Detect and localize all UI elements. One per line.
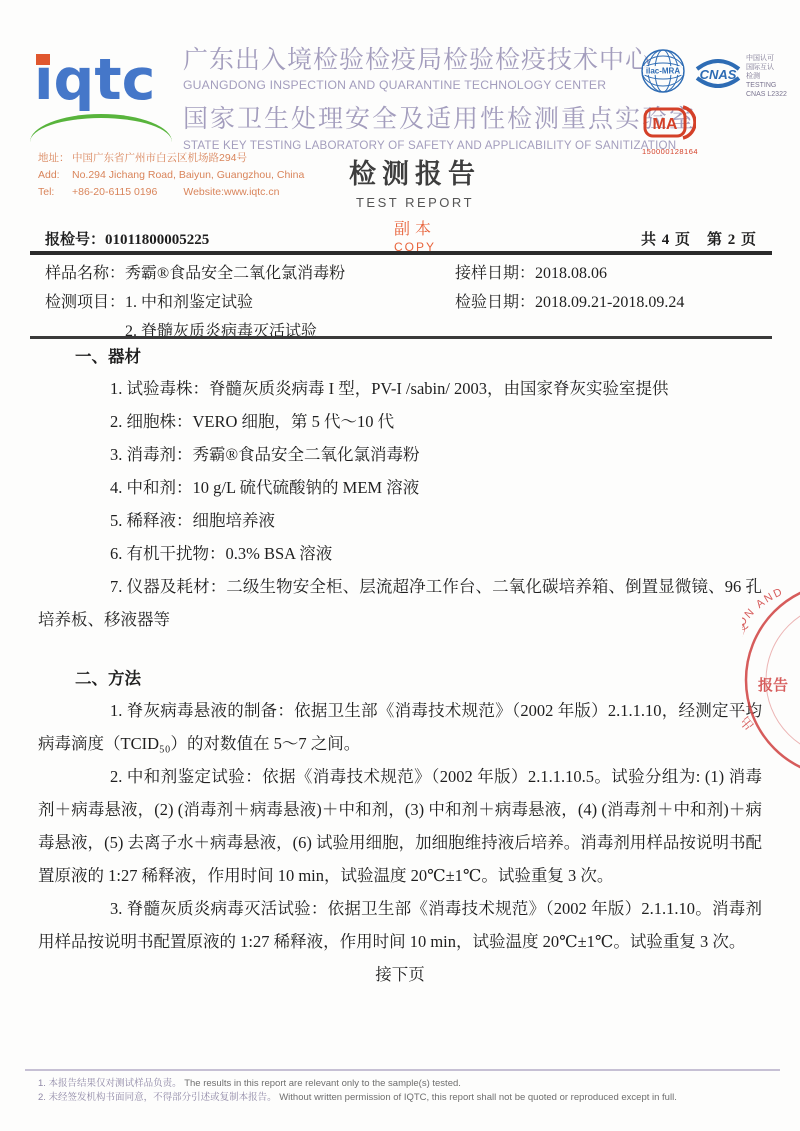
- dates-block: 接样日期：2018.08.06 检验日期：2018.09.21-2018.09.…: [455, 259, 684, 317]
- sample-name-label: 样品名称：: [45, 259, 125, 288]
- cnas-note: 中国认可 国际互认 检测 TESTING CNAS L2322: [746, 54, 787, 99]
- contact-address-cn: 地址：中国广东省广州市白云区机场路294号: [38, 150, 304, 167]
- header-org-block: 广东出入境检验检疫局检验检疫技术中心 GUANGDONG INSPECTION …: [183, 40, 643, 152]
- footer-notes: 1. 本报告结果仅对测试样品负责。 The results in this re…: [38, 1077, 778, 1104]
- report-title-en: TEST REPORT: [300, 195, 530, 210]
- material-item: 4. 中和剂：10 g/L 硫代硫酸钠的 MEM 溶液: [38, 471, 762, 504]
- method-paragraph: 2. 中和剂鉴定试验：依据《消毒技术规范》（2002 年版）2.1.1.10.5…: [38, 760, 762, 892]
- method-paragraph: 1. 脊灰病毒悬液的制备：依据卫生部《消毒技术规范》（2002 年版）2.1.1…: [38, 694, 762, 760]
- method-paragraph: 3. 脊髓灰质炎病毒灭活试验：依据卫生部《消毒技术规范》（2002 年版）2.1…: [38, 892, 762, 958]
- section-heading-methods: 二、方法: [38, 663, 762, 694]
- footer-note-1-cn: 1. 本报告结果仅对测试样品负责。: [38, 1078, 182, 1089]
- footer-note-1-en: The results in this report are relevant …: [184, 1078, 461, 1089]
- ilac-mra-label: ilac-MRA: [646, 67, 680, 76]
- cnas-note-line: 中国认可: [746, 54, 787, 63]
- sample-info-block: 样品名称： 秀霸®食品安全二氧化氯消毒粉 检测项目： 1. 中和剂鉴定试验 2.…: [45, 259, 757, 346]
- seal-center-text: 报告: [758, 676, 788, 694]
- cma-badge: MA 150000128164: [642, 104, 796, 156]
- address-value-en: No.294 Jichang Road, Baiyun, Guangzhou, …: [72, 169, 304, 181]
- tested-date-label: 检验日期：: [455, 294, 535, 311]
- iqtc-logo: iqtc: [34, 52, 174, 144]
- received-date-value: 2018.08.06: [535, 265, 607, 282]
- official-seal-partial: ON AND 出入境检验检疫 报告: [742, 578, 800, 783]
- footer-divider: [25, 1069, 780, 1071]
- page-count: 共 4 页 第 2 页: [641, 228, 757, 249]
- test-report-page: iqtc 广东出入境检验检疫局检验检疫技术中心 GUANGDONG INSPEC…: [0, 0, 800, 1131]
- cma-number: 150000128164: [642, 147, 796, 156]
- material-item: 5. 稀释液：细胞培养液: [38, 504, 762, 537]
- contact-address-en: Add:No.294 Jichang Road, Baiyun, Guangzh…: [38, 167, 304, 184]
- address-label-en: Add:: [38, 167, 72, 184]
- report-title-cn: 检测报告: [300, 152, 530, 191]
- cnas-label: CNAS: [700, 67, 737, 82]
- material-item: 3. 消毒剂：秀霸®食品安全二氧化氯消毒粉: [38, 438, 762, 471]
- org-name-cn: 广东出入境检验检疫局检验检疫技术中心: [183, 40, 643, 76]
- cma-label: MA: [653, 116, 678, 133]
- cnas-note-line: TESTING: [746, 81, 787, 90]
- cnas-note-line: 检测: [746, 72, 787, 81]
- sample-name-value: 秀霸®食品安全二氧化氯消毒粉: [125, 259, 345, 288]
- svg-text:出入境检验检疫: 出入境检验检疫: [742, 616, 757, 733]
- test-item-1: 1. 中和剂鉴定试验: [125, 288, 317, 317]
- footer-note-1: 1. 本报告结果仅对测试样品负责。 The results in this re…: [38, 1077, 778, 1091]
- footer-note-2: 2. 未经签发机构书面同意，不得部分引述或复制本报告。 Without writ…: [38, 1091, 778, 1105]
- cnas-note-line: 国际互认: [746, 63, 787, 72]
- lab-name-cn: 国家卫生处理安全及适用性检测重点实验室: [183, 99, 643, 135]
- address-label-cn: 地址：: [38, 150, 72, 167]
- section-heading-materials: 一、器材: [38, 341, 762, 372]
- address-value-cn: 中国广东省广州市白云区机场路294号: [72, 152, 247, 164]
- footer-note-2-en: Without written permission of IQTC, this…: [279, 1092, 677, 1103]
- continued-next-page: 接下页: [38, 958, 762, 991]
- contact-block: 地址：中国广东省广州市白云区机场路294号 Add:No.294 Jichang…: [38, 150, 304, 201]
- cnas-note-line: CNAS L2322: [746, 90, 787, 99]
- report-number-value: 01011800005225: [105, 232, 209, 248]
- seal-arc-text-cn: 出入境检验检疫: [742, 616, 757, 733]
- cnas-logo-icon: CNAS: [694, 56, 742, 95]
- ilac-mra-globe-icon: ilac-MRA: [640, 48, 686, 99]
- contact-tel-website: Tel:+86-20-6115 0196Website:www.iqtc.cn: [38, 184, 304, 201]
- org-name-en: GUANGDONG INSPECTION AND QUARANTINE TECH…: [183, 78, 643, 92]
- accreditation-badges: ilac-MRA CNAS 中国认可 国际互认 检测 TESTING CNAS …: [640, 48, 796, 156]
- website-value: Website:www.iqtc.cn: [183, 186, 279, 198]
- iqtc-logo-text: iqtc: [34, 52, 174, 109]
- report-number-label: 报检号：: [45, 232, 105, 248]
- iqtc-logo-red-dot: [36, 54, 50, 65]
- tested-date-row: 检验日期：2018.09.21-2018.09.24: [455, 288, 684, 317]
- tel-value: +86-20-6115 0196: [72, 186, 157, 198]
- tel-label: Tel:: [38, 184, 72, 201]
- report-number-line: 报检号：01011800005225 共 4 页 第 2 页: [45, 228, 757, 249]
- divider-mid: [30, 336, 772, 339]
- iqtc-logo-green-arc: [30, 114, 172, 142]
- report-body: 一、器材 1. 试验毒株：脊髓灰质炎病毒 I 型，PV-I /sabin/ 20…: [38, 341, 762, 991]
- material-item: 1. 试验毒株：脊髓灰质炎病毒 I 型，PV-I /sabin/ 2003，由国…: [38, 372, 762, 405]
- tested-date-value: 2018.09.21-2018.09.24: [535, 294, 684, 311]
- divider-thick: [30, 251, 772, 255]
- received-date-label: 接样日期：: [455, 265, 535, 282]
- footer-note-2-cn: 2. 未经签发机构书面同意，不得部分引述或复制本报告。: [38, 1092, 277, 1103]
- received-date-row: 接样日期：2018.08.06: [455, 259, 684, 288]
- material-item: 2. 细胞株：VERO 细胞，第 5 代～10 代: [38, 405, 762, 438]
- material-item: 6. 有机干扰物：0.3% BSA 溶液: [38, 537, 762, 570]
- material-item: 7. 仪器及耗材：二级生物安全柜、层流超净工作台、二氧化碳培养箱、倒置显微镜、9…: [38, 570, 762, 636]
